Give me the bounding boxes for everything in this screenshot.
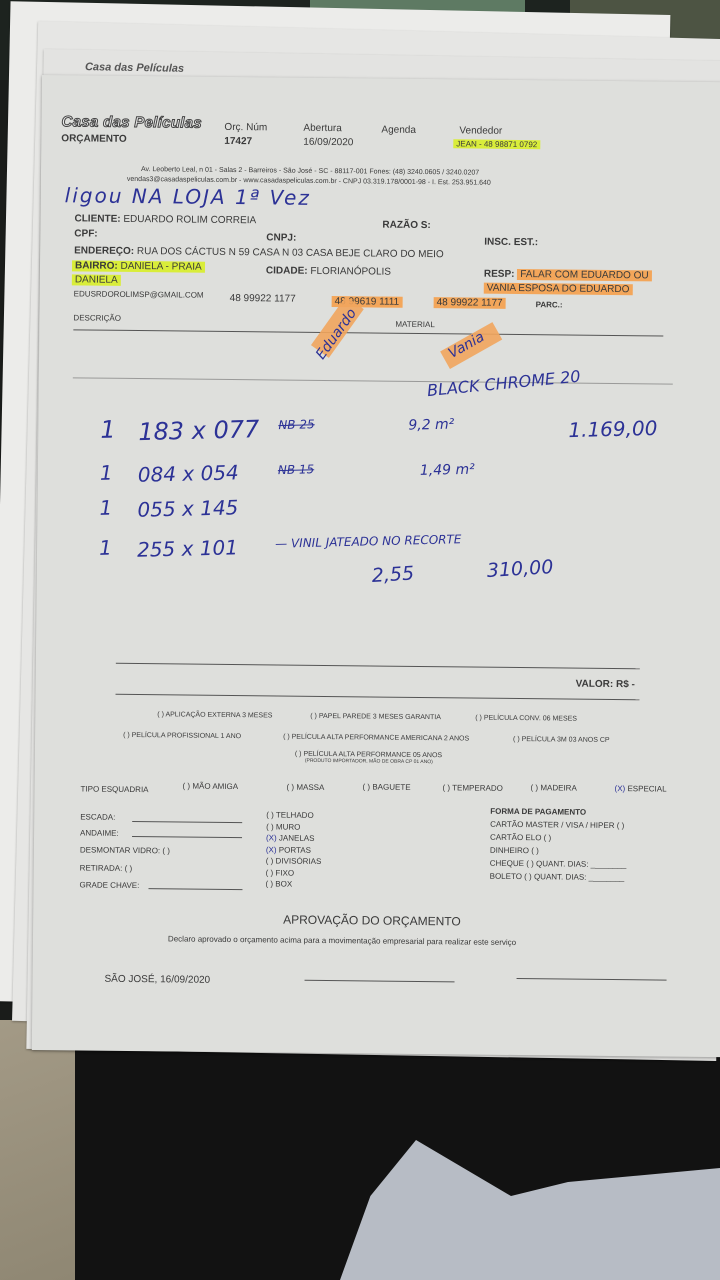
local-checkbox[interactable]: ( ) [266,856,274,865]
item-note: — VINIL JATEADO NO RECORTE [275,532,462,551]
item-dims: 183 x 077 [138,415,260,446]
warranty-label: PELÍCULA CONV. 06 MESES [484,715,577,723]
desmontar-checkbox[interactable]: ( ) [162,846,170,855]
pag-cheque: CHEQUE [490,859,524,868]
item-qty: 1 [99,536,112,560]
local-label: BOX [275,879,292,888]
material-note: BLACK CHROME 20 [426,367,581,400]
divider [73,329,663,336]
item-qty: 1 [100,416,116,444]
warranty-sub: (PRODUTO IMPORTADOR, MÃO DE OBRA CP 01 A… [305,758,442,765]
esquadria-label: ESPECIAL [627,784,666,793]
warranty-label: PELÍCULA PROFISSIONAL 1 ANO [132,732,242,740]
warranty-option[interactable]: ( ) PELÍCULA ALTA PERFORMANCE 05 ANOS(PR… [295,751,442,766]
warranty-option[interactable]: ( ) APLICAÇÃO EXTERNA 3 MESES [157,711,272,719]
orc-num: 17427 [224,136,252,147]
cidade-value: FLORIANÓPOLIS [310,266,391,278]
abertura-date: 16/09/2020 [303,137,353,149]
local-option[interactable]: (X) JANELAS [266,833,315,843]
item-qty: 1 [99,496,112,520]
local-label: PORTAS [279,845,311,854]
stack-sheet-logo: Casa das Películas [85,61,184,75]
pag-cheque-checkbox[interactable]: ( ) [526,859,534,868]
local-checkbox[interactable]: ( ) [266,822,274,831]
local-option[interactable]: ( ) MURO [266,822,300,831]
warranty-label: APLICAÇÃO EXTERNA 3 MESES [165,711,272,719]
pag-master: CARTÃO MASTER / VISA / HIPER [490,820,614,830]
warranty-checkbox[interactable]: ( ) [157,711,164,718]
warranty-label: PELÍCULA 3M 03 ANOS CP [522,736,610,744]
divider [73,377,673,384]
aprovacao-title: APROVAÇÃO DO ORÇAMENTO [283,913,461,929]
esquadria-option[interactable]: (X) ESPECIAL [615,784,667,794]
bairro-label: BAIRRO: [75,260,118,271]
valor-label: VALOR: R$ - [576,679,635,691]
local-label: TELHADO [276,810,314,819]
doc-type: ORÇAMENTO [61,133,126,145]
local-option[interactable]: ( ) DIVISÓRIAS [266,856,322,866]
local-label: MURO [276,822,301,831]
esquadria-option[interactable]: ( ) MASSA [287,782,325,791]
warranty-checkbox[interactable]: ( ) [475,715,482,722]
local-label: DIVISÓRIAS [276,856,322,865]
client-phone-3: 48 99922 1177 [434,297,506,309]
esquadria-label: MASSA [296,782,324,791]
item-price: 1.169,00 [568,416,658,442]
endereco-value: RUA DOS CÁCTUS N 59 CASA N 03 CASA BEJE … [137,246,444,260]
pag-master-checkbox[interactable]: ( ) [617,821,625,830]
total-area: 2,55 [371,562,415,586]
resp-value-2: VANIA ESPOSA DO EDUARDO [484,283,633,296]
esquadria-label: TIPO ESQUADRIA [80,784,148,794]
local-label: JANELAS [279,834,315,843]
pag-elo-checkbox[interactable]: ( ) [544,833,552,842]
esquadria-label: TEMPERADO [452,783,503,793]
warranty-option[interactable]: ( ) PELÍCULA PROFISSIONAL 1 ANO [123,732,241,740]
local-checkbox[interactable]: ( ) [265,879,273,888]
warranty-checkbox[interactable]: ( ) [295,751,302,758]
agenda-label: Agenda [381,125,416,136]
retirada-label: RETIRADA: [80,863,123,872]
divider [116,694,640,700]
divider [116,663,640,669]
warranty-checkbox[interactable]: ( ) [123,732,130,739]
handwritten-note: ligou NA LOJA 1ª Vez [65,183,311,210]
resp-label: RESP: [484,269,515,280]
local-option[interactable]: (X) PORTAS [266,845,311,854]
parc-label: PARC.: [536,300,563,309]
client-email: EDUSRDOROLIMSP@GMAIL.COM [74,289,204,299]
item-qty: 1 [100,461,113,485]
cnpj-label: CNPJ: [266,232,296,243]
escada-label: ESCADA: [80,812,115,821]
local-option[interactable]: ( ) BOX [265,879,292,888]
esquadria-option[interactable]: ( ) MADEIRA [531,783,577,792]
signature-line-2[interactable] [517,978,667,981]
vendedor-label: Vendedor [459,125,502,136]
abertura-label: Abertura [303,123,341,134]
esquadria-option[interactable]: ( ) TEMPERADO [443,783,503,793]
warranty-option[interactable]: ( ) PAPEL PAREDE 3 MESES GARANTIA [310,713,441,721]
esquadria-option[interactable]: ( ) MÃO AMIGA [183,782,239,792]
aprovacao-text: Declaro aprovado o orçamento acima para … [168,934,516,947]
local-checkbox[interactable]: ( ) [266,810,274,819]
cliente-label: CLIENTE: [74,213,120,224]
local-option[interactable]: ( ) FIXO [266,868,295,877]
pag-boleto-checkbox[interactable]: ( ) [524,872,532,881]
material-label: MATERIAL [395,320,435,329]
endereco-label: ENDEREÇO: [74,245,134,257]
quote-document: Casa das Películas ORÇAMENTO Orç. Núm 17… [32,75,720,1057]
esquadria-checkbox[interactable]: ( ) [443,783,451,792]
pag-dinheiro-checkbox[interactable]: ( ) [531,846,539,855]
local-label: FIXO [275,868,294,877]
total-price: 310,00 [486,556,554,582]
esquadria-checkbox[interactable]: ( ) [531,783,539,792]
andaime-line[interactable] [132,836,242,838]
pag-boleto-dias: QUANT. DIAS: [534,872,587,882]
pag-dinheiro: DINHEIRO [490,846,529,855]
pag-elo: CARTÃO ELO [490,833,542,843]
grade-line[interactable] [148,888,242,890]
escada-line[interactable] [132,821,242,823]
item-dims: 055 x 145 [137,495,238,521]
local-checkbox[interactable]: ( ) [266,868,274,877]
warranty-checkbox[interactable]: ( ) [513,736,520,743]
esquadria-checkbox[interactable]: (X) [615,784,626,793]
local-checkbox[interactable]: (X) [266,845,277,854]
esquadria-checkbox[interactable]: ( ) [363,782,371,791]
company-logo: Casa das Películas [61,113,202,131]
warranty-label: PAPEL PAREDE 3 MESES GARANTIA [319,713,441,721]
item-area: 9,2 m² [408,417,454,434]
pag-cheque-dias: QUANT. DIAS: [536,859,589,869]
warranty-option[interactable]: ( ) PELÍCULA CONV. 06 MESES [475,715,577,723]
resp-value: FALAR COM EDUARDO OU [517,269,651,281]
bairro-value: DANIELA - PRAIA [121,261,202,273]
pagamento-title: FORMA DE PAGAMENTO [490,807,586,817]
cpf-label: CPF: [74,228,97,239]
vendedor-value: JEAN - 48 98871 0792 [453,139,540,149]
razao-label: RAZÃO S: [382,220,430,232]
item-note: NB 15 [278,462,315,477]
warranty-checkbox[interactable]: ( ) [283,734,290,741]
cliente-value: EDUARDO ROLIM CORREIA [123,214,256,226]
esquadria-label: MADEIRA [540,783,577,792]
pag-boleto: BOLETO [490,872,522,881]
esquadria-checkbox[interactable]: ( ) [183,782,191,791]
warranty-label: PELÍCULA ALTA PERFORMANCE AMERICANA 2 AN… [292,734,470,743]
insc-label: INSC. EST.: [484,237,538,249]
local-data: SÃO JOSÉ, 16/09/2020 [104,974,210,986]
esquadria-label: MÃO AMIGA [192,782,238,791]
grade-label: GRADE CHAVE: [79,880,139,890]
andaime-label: ANDAIME: [80,828,119,837]
orc-num-label: Orç. Núm [224,122,267,133]
local-checkbox[interactable]: (X) [266,833,277,842]
esquadria-label: BAGUETE [372,782,410,791]
item-area: 1,49 m² [420,462,475,479]
item-dims: 255 x 101 [137,535,238,561]
warranty-option[interactable]: ( ) PELÍCULA ALTA PERFORMANCE AMERICANA … [283,734,469,743]
retirada-checkbox[interactable]: ( ) [125,864,133,873]
local-option[interactable]: ( ) TELHADO [266,810,314,819]
item-dims: 084 x 054 [138,460,239,486]
esquadria-option[interactable]: ( ) BAGUETE [363,782,411,792]
bairro-value-2: DANIELA [72,274,121,286]
cidade-label: CIDADE: [266,265,308,276]
client-phone-1: 48 99922 1177 [230,293,296,305]
item-note: NB 25 [278,417,315,432]
warranty-option[interactable]: ( ) PELÍCULA 3M 03 ANOS CP [513,736,610,744]
warranty-checkbox[interactable]: ( ) [310,713,317,720]
desmontar-label: DESMONTAR VIDRO: [80,845,160,855]
esquadria-checkbox[interactable]: ( ) [287,782,295,791]
signature-line-1[interactable] [305,980,455,983]
descricao-label: DESCRIÇÃO [73,313,121,322]
company-address: Av. Leoberto Leal, n 01 - Salas 2 - Barr… [141,166,479,177]
